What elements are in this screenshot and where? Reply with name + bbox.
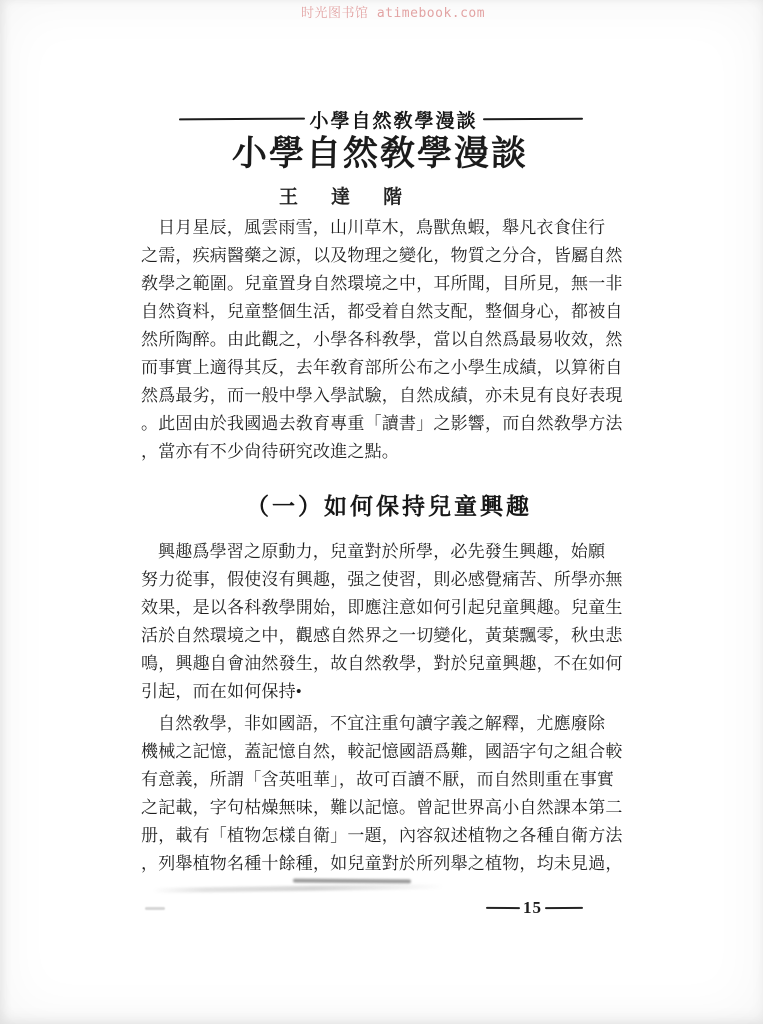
scan-artifact <box>293 879 411 884</box>
text-line: ，當亦有不少尙待硏究改進之點。 <box>141 438 623 466</box>
text-line: 機械之記憶，蓋記憶自然，較記憶國語爲難，國語字句之組合較 <box>141 738 623 766</box>
text-line: 然爲最劣，而一般中學入學試驗，自然成績，亦未見有良好表現 <box>141 382 623 410</box>
scan-artifact <box>152 884 444 893</box>
text-line: 而事實上適得其反，去年敎育部所公布之小學生成績，以算術自 <box>141 354 623 382</box>
watermark-text: 时光图书馆 atimebook.com <box>301 2 485 21</box>
text-line: 然所陶醉。由此觀之，小學各科敎學，當以自然爲最易收效，然 <box>141 326 623 354</box>
page-number-rule-right <box>545 907 583 909</box>
page-number: 15 <box>486 897 583 919</box>
page-number-rule-left <box>486 907 520 909</box>
author-name: 王達階 <box>279 182 435 209</box>
scan-artifact <box>145 907 165 910</box>
running-head-rule-right <box>483 118 583 121</box>
text-line: 興趣爲學習之原動力，兒童對於所學，必先發生興趣，始願 <box>141 538 623 566</box>
article-title: 小學自然敎學漫談 <box>142 126 619 176</box>
scanned-book-page: 时光图书馆 atimebook.com 小學自然敎學漫談 小學自然敎學漫談 王達… <box>0 0 763 1024</box>
text-line: 有意義，所謂「含英咀華」，故可百讀不厭，而自然則重在事實 <box>141 766 623 794</box>
intro-paragraph: 日月星辰，風雲雨雪，山川草木，鳥獸魚蝦，舉凡衣食住行之需，疾病醫藥之源，以及物理… <box>141 214 623 466</box>
text-line: 之需，疾病醫藥之源，以及物理之變化，物質之分合，皆屬自然 <box>141 242 623 270</box>
text-line: 日月星辰，風雲雨雪，山川草木，鳥獸魚蝦，舉凡衣食住行 <box>141 214 623 242</box>
text-line: ，列舉植物名種十餘種，如兒童對於所列舉之植物，均未見過， <box>141 850 623 878</box>
text-line: 。此固由於我國過去敎育專重「讀書」之影響，而自然敎學方法 <box>141 410 623 438</box>
section-heading: （一）如何保持兒童興趣 <box>142 488 618 521</box>
text-line: 自然資料，兒童整個生活，都受着自然支配，整個身心，都被自 <box>141 298 623 326</box>
text-line: 敎學之範圍。兒童置身自然環境之中，耳所聞，目所見，無一非 <box>141 270 623 298</box>
text-line: 活於自然環境之中，觀感自然界之一切變化，黃葉飄零，秋虫悲 <box>141 622 623 650</box>
section1-paragraph-2: 自然敎學，非如國語，不宜注重句讀字義之解釋，尤應廢除機械之記憶，蓋記憶自然，較記… <box>141 710 623 878</box>
page-number-value: 15 <box>520 898 545 918</box>
text-line: 效果，是以各科敎學開始，即應注意如何引起兒童興趣。兒童生 <box>141 594 623 622</box>
section1-paragraph-1: 興趣爲學習之原動力，兒童對於所學，必先發生興趣，始願努力從事，假使沒有興趣，强之… <box>141 538 623 706</box>
text-line: 自然敎學，非如國語，不宜注重句讀字義之解釋，尤應廢除 <box>141 710 623 738</box>
text-line: 引起，而在如何保持• <box>141 678 623 706</box>
text-line: 之記載，字句枯燥無味，難以記憶。曾記世界高小自然課本第二 <box>141 794 623 822</box>
text-line: 册，載有「植物怎樣自衛」一題，內容叙述植物之各種自衛方法 <box>141 822 623 850</box>
running-head-rule-left <box>179 118 305 121</box>
text-line: 鳴，興趣自會油然發生，故自然敎學，對於兒童興趣，不在如何 <box>141 650 623 678</box>
text-line: 努力從事，假使沒有興趣，强之使習，則必感覺痛苦、所學亦無 <box>141 566 623 594</box>
